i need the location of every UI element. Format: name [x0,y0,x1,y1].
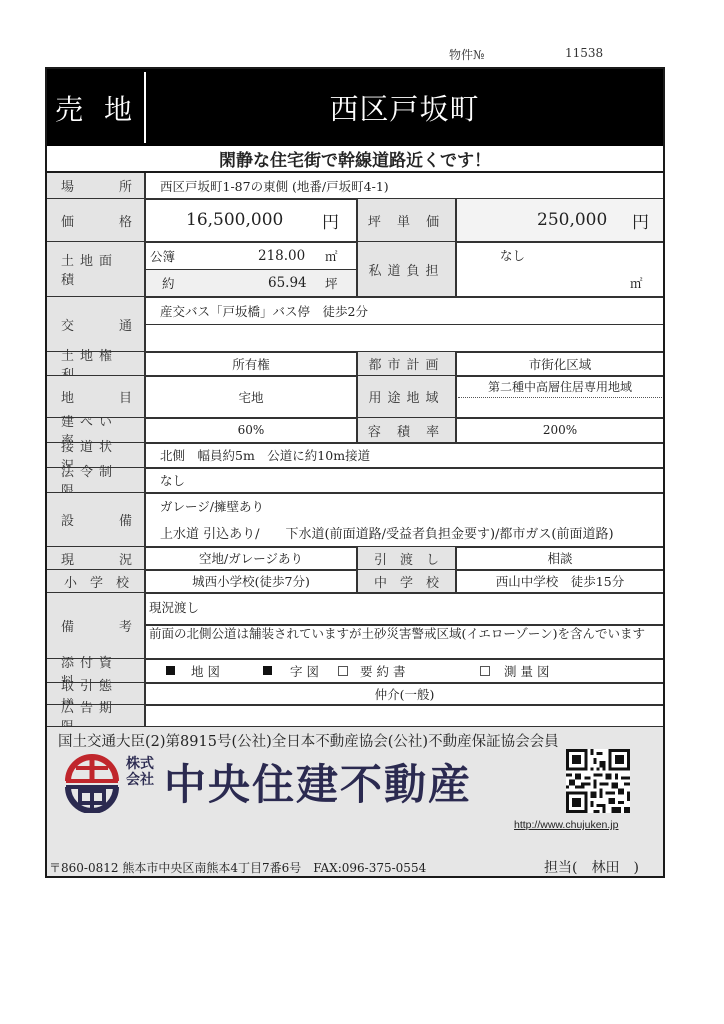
attachment-label: 測 量 図 [504,662,549,680]
registry-area-value: 218.00 [258,244,305,268]
location-value: 西区戸坂町1-87の東側 (地番/戸坂町4-1) [160,173,389,198]
land-rights-value: 所有権 [146,352,356,375]
checked-box-icon [166,666,175,675]
elementary-school-value: 城西小学校(徒歩7分) [146,570,356,592]
legal-restrictions-value: なし [160,468,185,492]
label-tsubo-price: 坪 単 価 [356,199,457,241]
label-location: 場 所 [47,173,146,198]
label-city-plan: 都市計画 [356,352,457,375]
company-logo-icon [62,751,122,813]
attachment-map: 地 図 [166,659,220,682]
zoning-value-2 [457,398,663,417]
company-website-link[interactable]: http://www.chujuken.jp [514,819,618,831]
registration-text: 国土交通大臣(2)第8915号(公社)全日本不動産協会(公社)不動産保証協会会員 [58,730,559,751]
label-legal-restrictions: 法令制限 [47,468,146,492]
transport-line-1: 産交バス「戸坂橋」バス停 徒歩2分 [160,298,368,323]
label-part: 格 [119,211,132,230]
private-road-unit: ㎡ [630,274,643,292]
company-address: 〒860-0812 熊本市中央区南熊本4丁目7番6号 FAX:096-375-0… [49,859,426,876]
property-number-label: 物件№ [449,46,484,63]
attachment-summary: 要 約 書 [338,659,405,682]
label-part: 備 [119,510,132,529]
label-elementary-school: 小 学 校 [47,570,146,592]
label-part: 考 [119,616,132,635]
label-part: 備 [61,616,74,635]
unchecked-box-icon [480,666,490,676]
checked-box-icon [263,666,272,675]
attachment-label: 字 図 [290,662,319,680]
listing-type: 売 地 [47,69,146,146]
label-part: 設 [61,510,74,529]
registry-area-label: 公簿 [150,244,175,268]
tsubo-price-unit: 円 [632,199,649,241]
page-title: 西区戸坂町 [146,69,663,146]
label-part: 目 [119,387,132,406]
label-part: 現 [61,549,74,568]
road-access-value: 北側 幅員約5m 公道に約10m接道 [160,443,370,467]
catchphrase: 閑静な住宅街で幹線道路近くです！ [47,146,663,173]
handover-value: 相談 [457,547,663,569]
transport-divider [146,324,663,325]
company-prefix: 株式会社 [126,756,158,788]
label-land-area: 土地面積 [47,242,146,296]
facilities-line-1: ガレージ/擁壁あり [160,495,264,517]
label-remarks: 備 考 [47,593,146,658]
label-part: 場 [61,176,74,195]
label-part: 交 [61,315,74,334]
label-current-status: 現 況 [47,547,146,569]
label-part: 所 [119,176,132,195]
sales-representative: 担当( 林田 ) [544,857,639,877]
label-floor-area-ratio: 容 積 率 [356,418,457,442]
city-plan-value: 市街化区域 [457,352,663,375]
label-land-rights: 土地権利 [47,352,146,375]
label-part: 通 [119,315,132,334]
property-number-value: 11538 [565,46,603,60]
label-junior-high-school: 中 学 校 [356,570,457,592]
unchecked-box-icon [338,666,348,676]
attachment-label: 地 図 [191,662,220,680]
label-facilities: 設 備 [47,493,146,546]
remarks-line-2: 前面の北側公道は舗装されていますが土砂災害警戒区域(イエローゾーン)を含んでいま… [149,627,659,641]
label-zoning: 用途地域 [356,376,457,417]
transaction-value: 仲介(一般) [146,683,663,704]
zoning-value: 第二種中高層住居専用地域 [457,376,663,396]
tsubo-price-value: 250,000 [537,199,607,241]
attachment-plot-map: 字 図 [263,659,319,682]
label-price: 価 格 [47,199,146,241]
label-transport: 交 通 [47,297,146,351]
company-name: 中央住建不動産 [164,752,472,812]
land-category-value: 宅地 [146,376,356,417]
approx-area-unit: 坪 [325,271,338,295]
attachment-survey: 測 量 図 [480,659,549,682]
attachment-label: 要 約 書 [360,662,405,680]
approx-area-label: 約 [162,271,175,295]
private-road-value: なし [500,246,525,264]
label-part: 地 [61,387,74,406]
approx-area-value: 65.94 [268,271,307,295]
remarks-line-1: 現況渡し [149,596,199,618]
facilities-line-2: 上水道 引込あり/ 下水道(前面道路/受益者負担金要す)/都市ガス(前面道路) [160,521,614,543]
label-part: 価 [61,211,74,230]
coverage-value: 60% [146,418,356,442]
junior-high-school-value: 西山中学校 徒歩15分 [457,570,663,592]
current-status-value: 空地/ガレージあり [146,547,356,569]
label-handover: 引 渡 し [356,547,457,569]
registry-area-unit: ㎡ [325,244,338,268]
label-private-road: 私道負担 [356,242,457,296]
label-ad-period: 広告期限 [47,705,146,726]
floor-area-ratio-value: 200% [457,418,663,442]
price-value: 16,500,000 [186,199,283,241]
area-divider [146,269,356,270]
price-unit: 円 [322,199,339,241]
label-part: 況 [119,549,132,568]
qr-code-icon[interactable] [566,749,630,813]
